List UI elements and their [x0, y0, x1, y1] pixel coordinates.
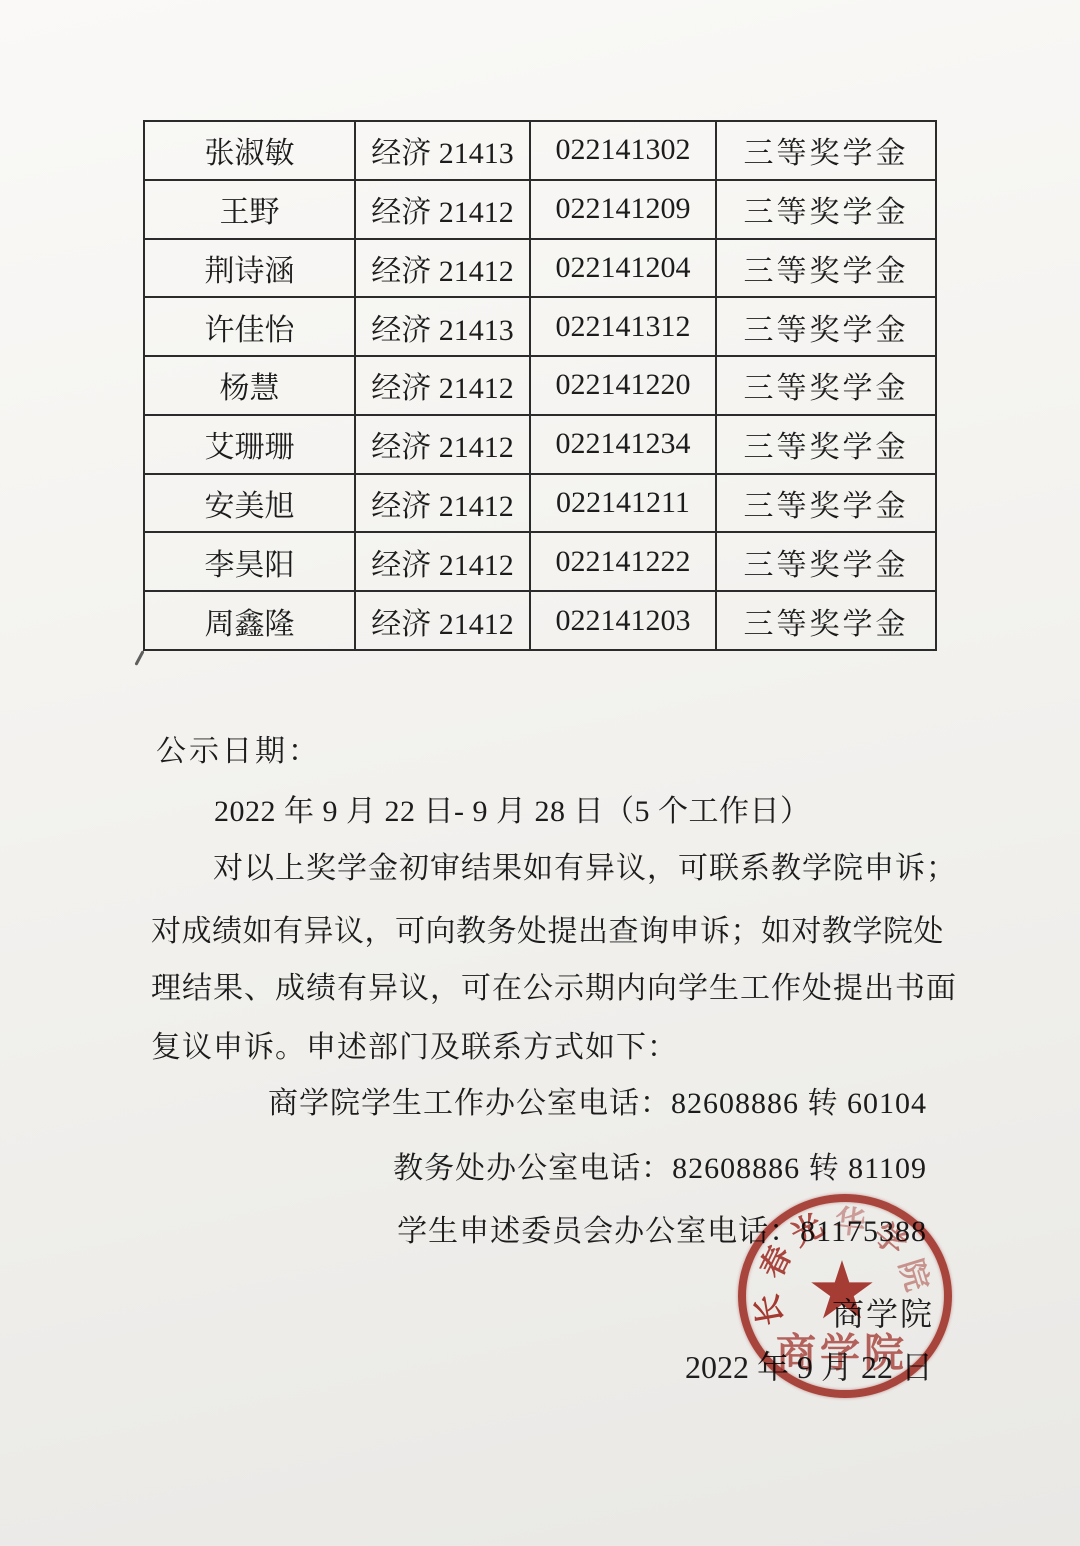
scanned-document-page: 张淑敏 经济 21413 022141302 三等奖学金 王野 经济 21412… [0, 0, 1080, 1546]
student-name-cell: 王野 [144, 180, 355, 239]
notice-paragraph-line: 理结果、成绩有异议，可在公示期内向学生工作处提出书面 [151, 963, 957, 1007]
student-id-cell: 022141220 [530, 356, 716, 415]
class-cell: 经济 21412 [355, 356, 530, 415]
signature-department: 商学院 [832, 1289, 934, 1335]
student-id-cell: 022141234 [530, 415, 716, 474]
scholarship-table: 张淑敏 经济 21413 022141302 三等奖学金 王野 经济 21412… [143, 120, 937, 651]
student-name-cell: 艾珊珊 [144, 415, 355, 474]
student-id-cell: 022141222 [530, 532, 716, 591]
notice-paragraph-line: 对成绩如有异议，可向教务处提出查询申诉；如对教学院处 [151, 906, 944, 950]
publicity-date-range: 2022 年 9 月 22 日- 9 月 28 日（5 个工作日） [214, 786, 811, 830]
table-row: 艾珊珊 经济 21412 022141234 三等奖学金 [144, 415, 936, 474]
award-cell: 三等奖学金 [716, 356, 936, 415]
award-cell: 三等奖学金 [716, 297, 936, 356]
seal-ring-char: 长 [751, 1292, 787, 1328]
publicity-date-label: 公示日期： [156, 726, 321, 770]
student-name-cell: 许佳怡 [144, 297, 355, 356]
class-cell: 经济 21412 [355, 415, 530, 474]
scan-artifact-tick [134, 650, 144, 666]
table-row: 王野 经济 21412 022141209 三等奖学金 [144, 180, 936, 239]
student-name-cell: 荆诗涵 [144, 239, 355, 298]
table-row: 许佳怡 经济 21413 022141312 三等奖学金 [144, 297, 936, 356]
student-id-cell: 022141312 [530, 297, 716, 356]
table-row: 安美旭 经济 21412 022141211 三等奖学金 [144, 474, 936, 533]
class-cell: 经济 21412 [355, 239, 530, 298]
student-id-cell: 022141211 [530, 474, 716, 533]
award-cell: 三等奖学金 [716, 180, 936, 239]
award-cell: 三等奖学金 [716, 239, 936, 298]
table-row: 李昊阳 经济 21412 022141222 三等奖学金 [144, 532, 936, 591]
class-cell: 经济 21413 [355, 297, 530, 356]
notice-paragraph-line: 对以上奖学金初审结果如有异议，可联系教学院申诉； [213, 843, 957, 887]
contact-academic-affairs-office: 教务处办公室电话：82608886 转 81109 [393, 1143, 927, 1187]
student-name-cell: 李昊阳 [144, 532, 355, 591]
class-cell: 经济 21412 [355, 591, 530, 650]
class-cell: 经济 21413 [355, 121, 530, 180]
award-cell: 三等奖学金 [716, 532, 936, 591]
award-cell: 三等奖学金 [716, 415, 936, 474]
student-id-cell: 022141302 [530, 121, 716, 180]
class-cell: 经济 21412 [355, 474, 530, 533]
table-row: 张淑敏 经济 21413 022141302 三等奖学金 [144, 121, 936, 180]
student-name-cell: 杨慧 [144, 356, 355, 415]
student-id-cell: 022141204 [530, 239, 716, 298]
table-row: 杨慧 经济 21412 022141220 三等奖学金 [144, 356, 936, 415]
table-row: 荆诗涵 经济 21412 022141204 三等奖学金 [144, 239, 936, 298]
notice-paragraph-line: 复议申诉。申述部门及联系方式如下： [151, 1022, 678, 1066]
student-name-cell: 周鑫隆 [144, 591, 355, 650]
signature-date: 2022 年 9 月 22 日 [685, 1342, 933, 1388]
award-cell: 三等奖学金 [716, 474, 936, 533]
student-name-cell: 安美旭 [144, 474, 355, 533]
student-id-cell: 022141209 [530, 180, 716, 239]
student-id-cell: 022141203 [530, 591, 716, 650]
class-cell: 经济 21412 [355, 180, 530, 239]
table-row: 周鑫隆 经济 21412 022141203 三等奖学金 [144, 591, 936, 650]
award-cell: 三等奖学金 [716, 121, 936, 180]
contact-appeal-committee-office: 学生申述委员会办公室电话：81175388 [397, 1206, 927, 1250]
student-name-cell: 张淑敏 [144, 121, 355, 180]
award-cell: 三等奖学金 [716, 591, 936, 650]
contact-business-school-office: 商学院学生工作办公室电话：82608886 转 60104 [268, 1078, 927, 1122]
class-cell: 经济 21412 [355, 532, 530, 591]
